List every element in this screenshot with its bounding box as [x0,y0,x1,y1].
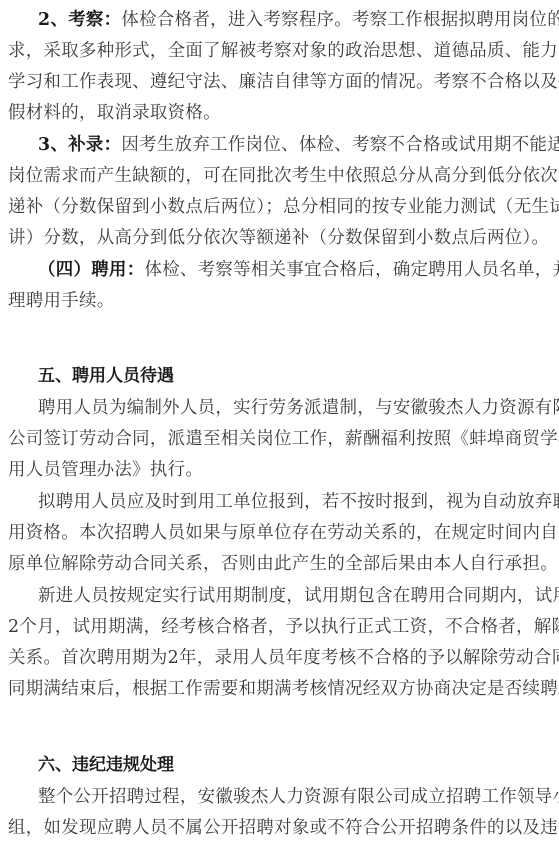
paragraph-text: 体检、考察等相关事宜合格后，确定聘用人员名单，并办 [144,260,559,280]
paragraph-line: 讲）分数，从高分到低分依次等额递补（分数保留到小数点后两位）。 [8,227,555,249]
paragraph-line: 新进人员按规定实行试用期制度，试用期包含在聘用合同期内，试用期 [38,585,555,607]
paragraph-line: 2、考察：体检合格者，进入考察程序。考察工作根据拟聘用岗位的要 [38,9,555,31]
paragraph-line: 关系。首次聘用期为2年，录用人员年度考核不合格的予以解除劳动合同；合 [8,647,555,669]
paragraph-line: 学习和工作表现、遵纪守法、廉洁自律等方面的情况。考察不合格以及提供虚 [8,71,555,93]
paragraph-line: 递补（分数保留到小数点后两位）；总分相同的按专业能力测试（无生试 [8,196,555,218]
paragraph-text: 体检合格者，进入考察程序。考察工作根据拟聘用岗位的要 [121,10,559,30]
paragraph-line: 假材料的，取消录取资格。 [8,102,555,124]
paragraph-line: （四）聘用：体检、考察等相关事宜合格后，确定聘用人员名单，并办 [38,259,555,281]
paragraph-line: 公司签订劳动合同，派遣至相关岗位工作，薪酬福利按照《蚌埠商贸学校聘 [8,428,555,450]
paragraph-line: 2个月，试用期满，经考核合格者，予以执行正式工资，不合格者，解除聘用 [8,616,555,638]
paragraph-line: 用资格。本次招聘人员如果与原单位存在劳动关系的，在规定时间内自行与 [8,522,555,544]
paragraph-line: 组，如发现应聘人员不属公开招聘对象或不符合公开招聘条件的以及违法违 [8,817,555,839]
item-label: （四）聘用： [38,260,144,280]
paragraph-line: 原单位解除劳动合同关系，否则由此产生的全部后果由本人自行承担。 [8,553,555,575]
paragraph-line: 同期满结束后，根据工作需要和期满考核情况经双方协商决定是否续聘。 [8,678,555,700]
paragraph-line: 拟聘用人员应及时到用工单位报到，若不按时报到，视为自动放弃聘 [38,491,555,513]
paragraph-line: 用人员管理办法》执行。 [8,459,555,481]
paragraph-line: 岗位需求而产生缺额的，可在同批次考生中依照总分从高分到低分依次等额 [8,165,555,187]
paragraph-text: 因考生放弃工作岗位、体检、考察不合格或试用期不能适应 [121,135,559,155]
document-page: 2、考察：体检合格者，进入考察程序。考察工作根据拟聘用岗位的要 求，采取多种形式… [0,0,559,848]
paragraph-line: 理聘用手续。 [8,290,555,312]
item-label: 3、补录： [38,135,121,155]
paragraph-line: 整个公开招聘过程，安徽骏杰人力资源有限公司成立招聘工作领导小 [38,786,555,808]
section-heading: 六、违纪违规处理 [38,754,174,776]
item-label: 2、考察： [38,10,121,30]
paragraph-line: 求，采取多种形式，全面了解被考察对象的政治思想、道德品质、能力素质、 [8,40,555,62]
section-heading: 五、聘用人员待遇 [38,365,174,387]
paragraph-line: 聘用人员为编制外人员，实行劳务派遣制，与安徽骏杰人力资源有限 [38,397,555,419]
paragraph-line: 3、补录：因考生放弃工作岗位、体检、考察不合格或试用期不能适应 [38,134,555,156]
